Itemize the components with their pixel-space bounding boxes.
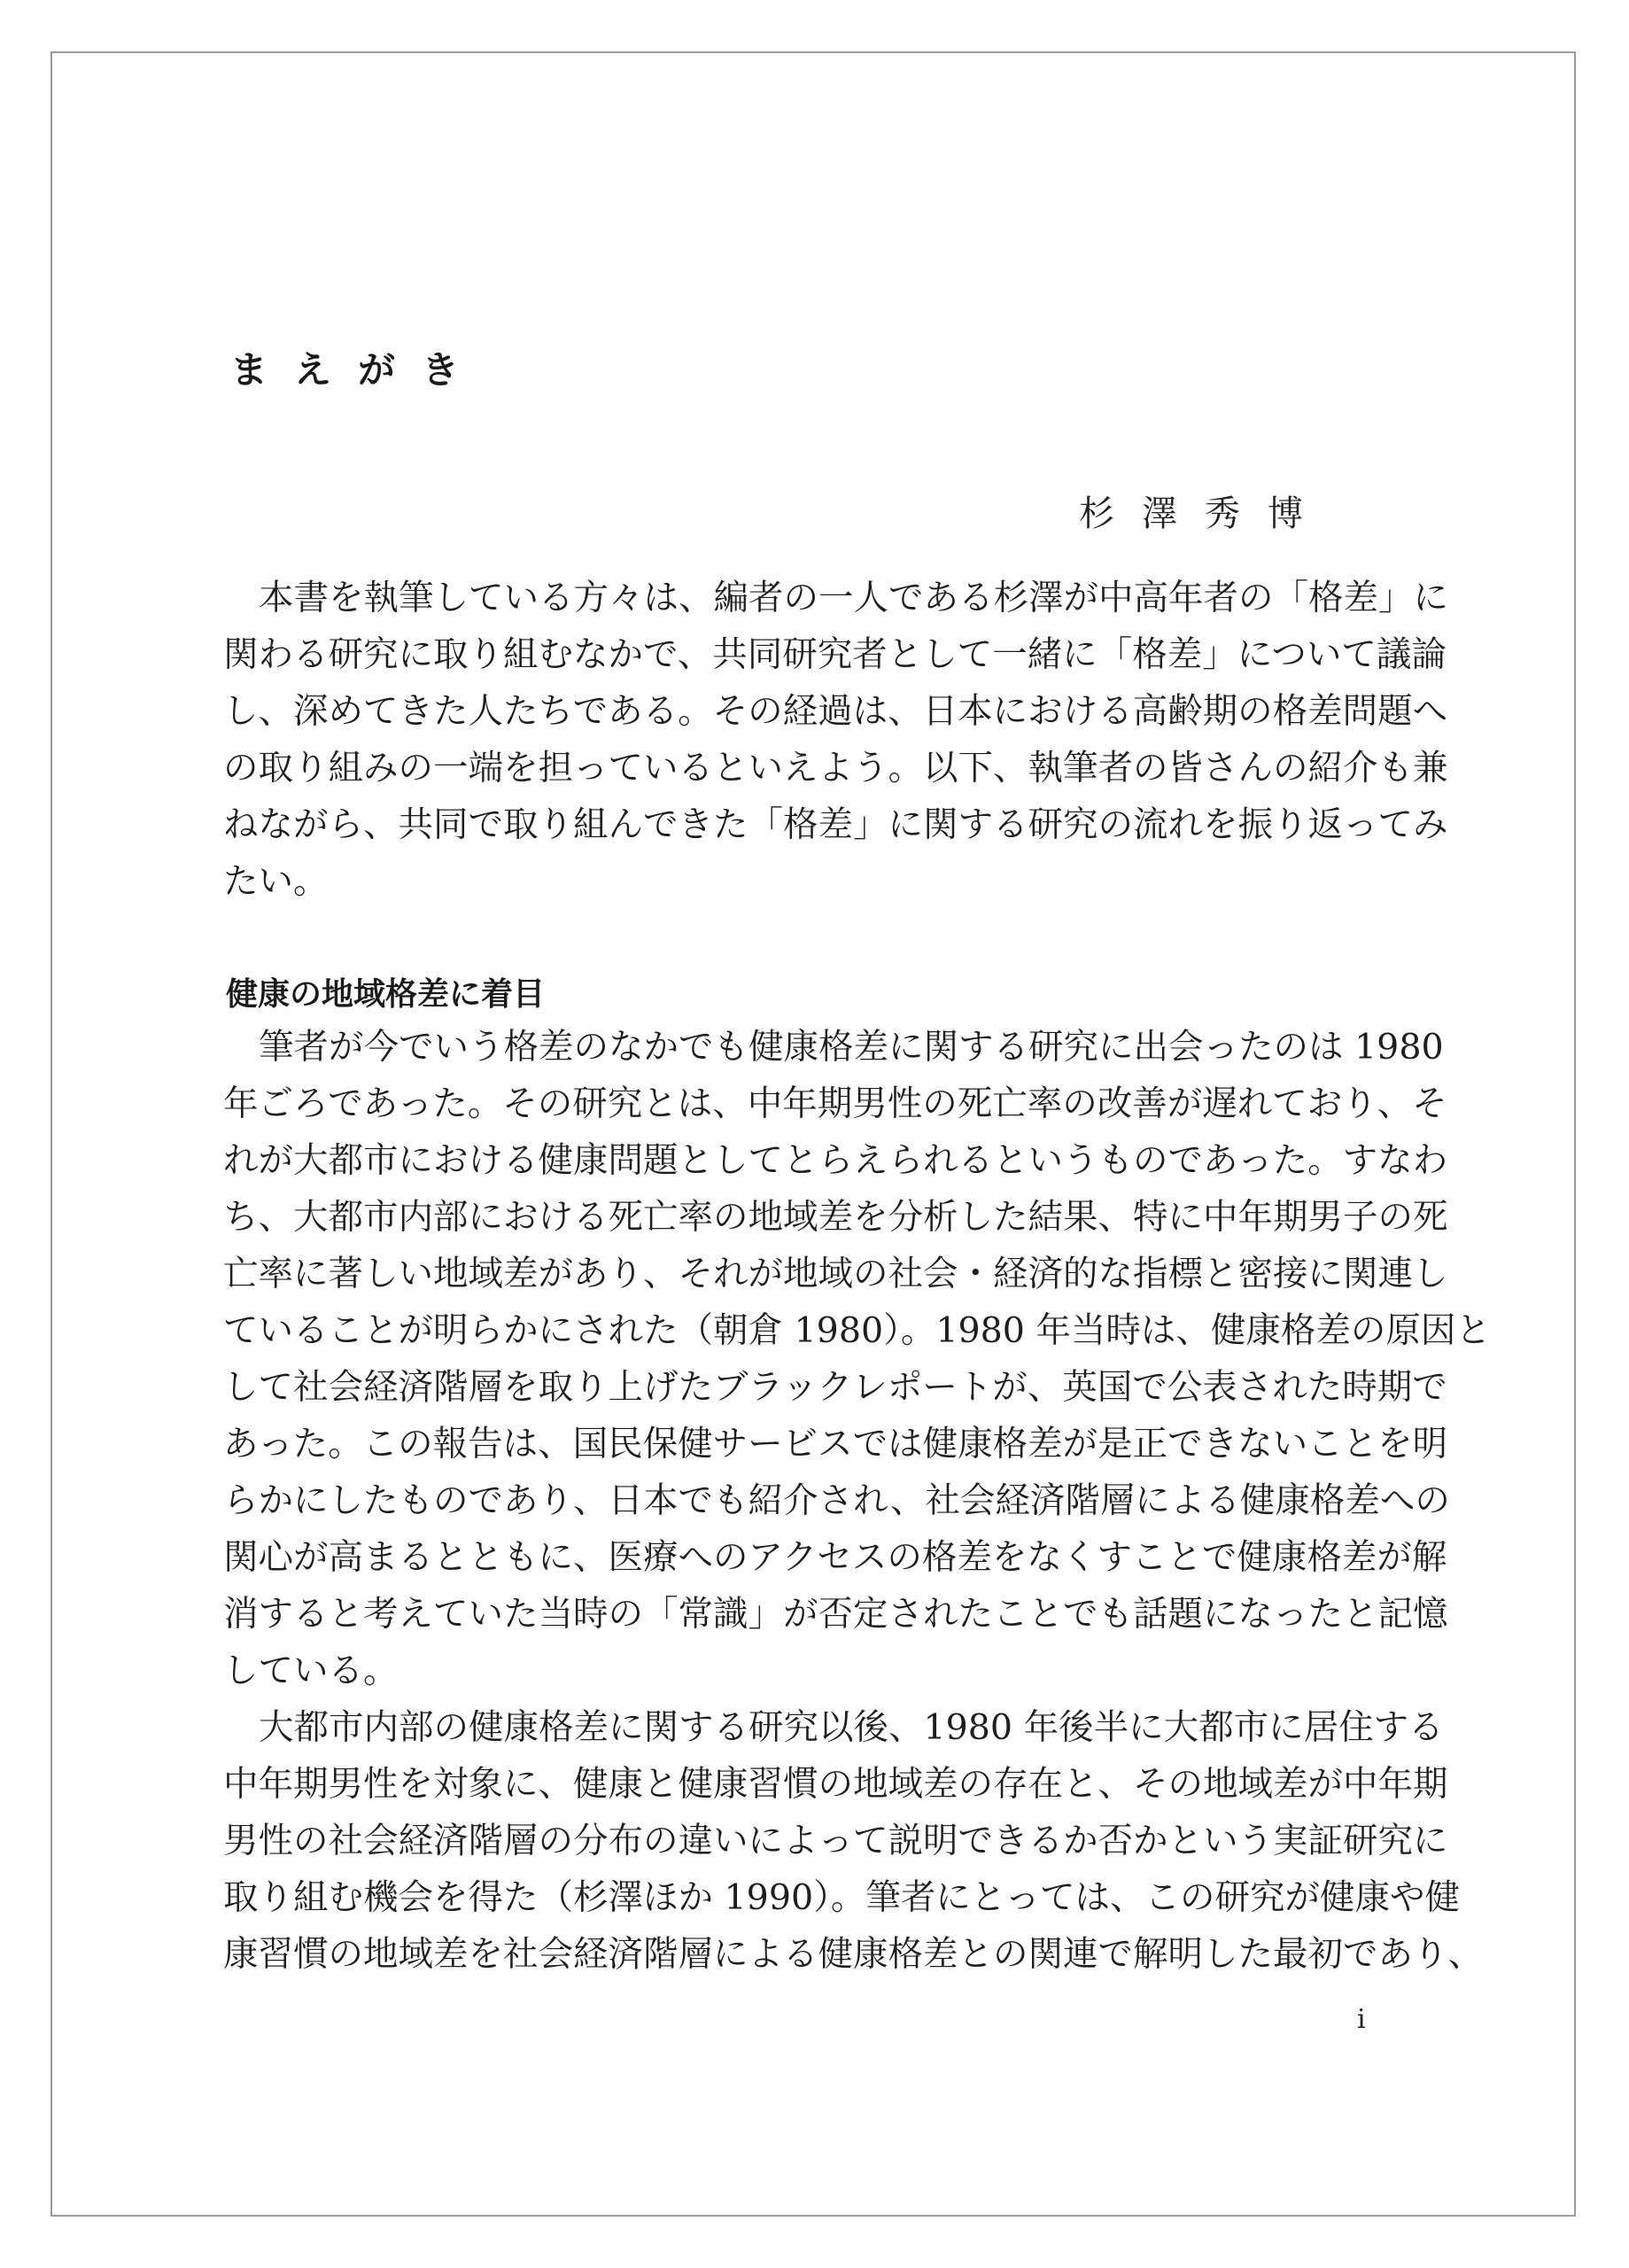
intro-paragraph: 本書を執筆している方々は、編者の一人である杉澤が中高年者の「格差」に 関わる研究… — [223, 570, 1401, 910]
text-line: 消すると考えていた当時の「常識」が否定されたことでも話題になったと記憶 — [223, 1586, 1401, 1643]
text-line: 亡率に著しい地域差があり、それが地域の社会・経済的な指標と密接に関連し — [223, 1246, 1401, 1302]
text-line: 取り組む機会を得た（杉澤ほか 1990）。筆者にとっては、この研究が健康や健 — [223, 1869, 1401, 1926]
text-line: ていることが明らかにされた（朝倉 1980）。1980 年当時は、健康格差の原因… — [223, 1302, 1401, 1359]
page-number: i — [1357, 2002, 1366, 2038]
text-line: 康習慣の地域差を社会経済階層による健康格差との関連で解明した最初であり、 — [223, 1926, 1401, 1983]
text-line: たい。 — [223, 853, 1401, 910]
text-line: ち、大都市内部における死亡率の地域差を分析した結果、特に中年期男子の死 — [223, 1189, 1401, 1246]
text-line: 関心が高まるとともに、医療へのアクセスの格差をなくすことで健康格差が解 — [223, 1529, 1401, 1586]
section-heading: 健康の地域格差に着目 — [226, 973, 545, 1017]
text-line: らかにしたものであり、日本でも紹介され、社会経済階層による健康格差への — [223, 1472, 1401, 1529]
text-line: 筆者が今でいう格差のなかでも健康格差に関する研究に出会ったのは 1980 — [223, 1019, 1401, 1076]
text-line: 中年期男性を対象に、健康と健康習慣の地域差の存在と、その地域差が中年期 — [223, 1756, 1401, 1813]
text-line: 関わる研究に取り組むなかで、共同研究者として一緒に「格差」について議論 — [223, 626, 1401, 683]
author-name: 杉澤秀博 — [1079, 492, 1330, 536]
text-line: ねながら、共同で取り組んできた「格差」に関する研究の流れを振り返ってみ — [223, 796, 1401, 853]
text-line: し、深めてきた人たちである。その経過は、日本における高齢期の格差問題へ — [223, 683, 1401, 740]
text-line: 大都市内部の健康格差に関する研究以後、1980 年後半に大都市に居住する — [223, 1699, 1401, 1756]
text-line: 年ごろであった。その研究とは、中年期男性の死亡率の改善が遅れており、そ — [223, 1076, 1401, 1132]
text-line: の取り組みの一端を担っているといえよう。以下、執筆者の皆さんの紹介も兼 — [223, 740, 1401, 796]
text-line: あった。この報告は、国民保健サービスでは健康格差が是正できないことを明 — [223, 1416, 1401, 1472]
text-line: 男性の社会経済階層の分布の違いによって説明できるか否かという実証研究に — [223, 1813, 1401, 1869]
text-line: している。 — [223, 1643, 1401, 1699]
section-paragraph-2: 大都市内部の健康格差に関する研究以後、1980 年後半に大都市に居住する 中年期… — [223, 1699, 1401, 1983]
text-line: れが大都市における健康問題としてとらえられるというものであった。すなわ — [223, 1132, 1401, 1189]
section-paragraph-1: 筆者が今でいう格差のなかでも健康格差に関する研究に出会ったのは 1980 年ごろ… — [223, 1019, 1401, 1699]
text-line: 本書を執筆している方々は、編者の一人である杉澤が中高年者の「格差」に — [223, 570, 1401, 626]
page-title: まえがき — [230, 348, 485, 392]
text-line: して社会経済階層を取り上げたブラックレポートが、英国で公表された時期で — [223, 1359, 1401, 1416]
